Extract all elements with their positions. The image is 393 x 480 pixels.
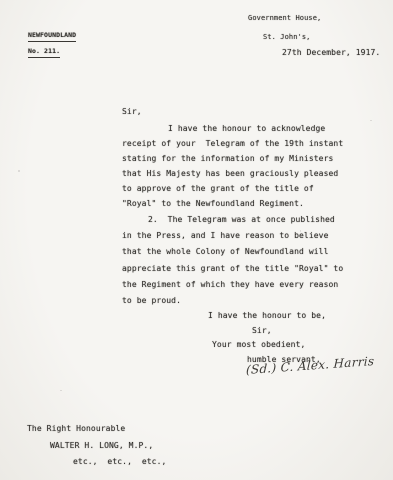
body-line: in the Press, and I have reason to belie…: [122, 228, 343, 244]
scan-speck: [370, 120, 372, 121]
reference-colony: NEWFOUNDLAND: [28, 30, 76, 42]
letter-document: Government House, St. John's, 27th Decem…: [0, 0, 393, 480]
scan-speck: [60, 390, 62, 391]
scan-speck: [300, 230, 301, 232]
body-line: I have the honour to acknowledge: [122, 121, 343, 136]
body-line: appreciate this grant of the title "Roya…: [122, 261, 343, 277]
letterhead-place: St. John's,: [263, 32, 310, 42]
paragraph-1: I have the honour to acknowledge receipt…: [122, 121, 343, 211]
body-line: the Regiment of which they have every re…: [122, 277, 343, 293]
body-line: that the whole Colony of Newfoundland wi…: [122, 244, 343, 260]
addressee-line: The Right Honourable: [27, 424, 125, 434]
body-line: stating for the information of my Minist…: [122, 151, 343, 166]
body-line: to be proud.: [122, 293, 343, 309]
body-line: that His Majesty has been graciously ple…: [122, 166, 343, 181]
paragraph-2: 2. The Telegram was at once published in…: [122, 212, 343, 309]
body-line: "Royal" to the Newfoundland Regiment.: [122, 196, 343, 211]
body-line: to approve of the grant of the title of: [122, 181, 343, 196]
body-line: 2. The Telegram was at once published: [122, 212, 343, 228]
closing-line: I have the honour to be,: [208, 311, 326, 321]
letterhead-date: 27th December, 1917.: [282, 48, 380, 58]
letterhead-office: Government House,: [248, 13, 321, 23]
salutation: Sir,: [122, 107, 142, 117]
scan-speck: [18, 170, 20, 172]
closing-line: Sir,: [252, 326, 272, 336]
addressee-line: etc., etc., etc.,: [73, 457, 166, 467]
closing-line: Your most obedient,: [212, 340, 305, 350]
addressee-line: WALTER H. LONG, M.P.,: [50, 441, 153, 451]
body-line: receipt of your Telegram of the 19th ins…: [122, 136, 343, 151]
reference-number: No. 211.: [28, 46, 60, 58]
